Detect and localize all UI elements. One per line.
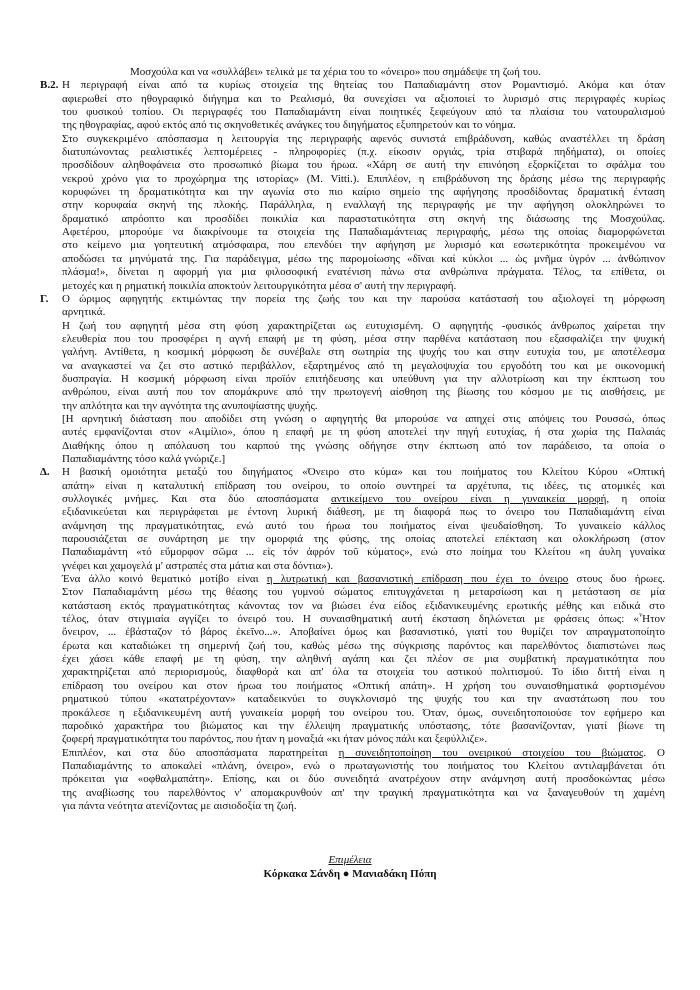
text-line: έρωτα και καταδιώκει τη σημερινή ζωή του… (62, 640, 665, 653)
text-line: ζοφερή πραγματικότητα του παρόντος, που … (62, 733, 665, 746)
text-line: νεκρού χρόνο για το προχώρημα της ιστορί… (62, 173, 665, 186)
section-2: Γ.Ο ώριμος αφηγητής εκτιμώντας την πορεί… (40, 293, 665, 466)
text-line: Παπαδιαμάντης το αποκαλεί «πλάνη, όνειρο… (62, 760, 665, 773)
text-line: Η ζωή του αφηγητή μέσα στη φύση χαρακτηρ… (62, 320, 665, 333)
credits-names: Κόρκακα Σάνδη ● Μανιαδάκη Πόπη (0, 867, 700, 881)
text-line: του φυσικού τοπίου. Οι περιγραφές του Πα… (62, 106, 665, 119)
section-1: Β.2.Η περιγραφή είναι από τα κυρίως στοι… (40, 79, 665, 293)
text-line: διατυπώνοντας ρεαλιστικές λεπτομέρειες -… (62, 146, 665, 159)
document-body: Μοσχούλα και να «συλλάβει» τελικά με τα … (40, 66, 665, 813)
text-line: αυτές εμφανίζονται στον «Αιμίλιο», όπου … (62, 426, 665, 439)
text-line: Ένα άλλο κοινό θεματικό μοτίβο είναι η λ… (62, 573, 665, 586)
text-line: αποδώσει τα μηνύματά της. Για παράδειγμα… (62, 253, 665, 266)
text-line: πρόκειται για «οφθαλμαπάτη». Επίσης, και… (62, 773, 665, 786)
text-line: για πάντα νεότητα ατενίζοντας με αισιοδο… (62, 800, 665, 813)
text-line: την απλότητα και την αγνότητα της ανυποψ… (62, 400, 665, 413)
text-line: στην κορυφαία σκηνή της πλοκής. Παράλληλ… (62, 199, 665, 212)
text-line: αρνητικά. (62, 306, 665, 319)
text-line: ανθρώπου, είναι αυτή που τον απομάκρυνε … (62, 386, 665, 399)
text-line: πλάσμα!», δίνεται η αφορμή για μια φιλοσ… (62, 266, 665, 279)
text-line: γαλήνη. Αντίθετα, η κοσμική μόρφωση δε σ… (62, 346, 665, 359)
section-label: Γ. (40, 293, 48, 306)
text-line: εξιδανικεύεται και περιγράφεται με έντον… (62, 506, 665, 519)
text-line: προσδίδουν αληθοφάνεια στο προσωπικό βίω… (62, 159, 665, 172)
text-line: Επιπλέον, και στα δύο αποσπάσματα παρατη… (62, 747, 665, 760)
text-line: παροδικό χαρακτήρα του βιώματος και την … (62, 720, 665, 733)
sections: Β.2.Η περιγραφή είναι από τα κυρίως στοι… (40, 79, 665, 813)
text-line: Στο συγκεκριμένο απόσπασμα η λειτουργία … (62, 133, 665, 146)
text-line: Η βασική ομοιότητα μεταξύ του διηγήματος… (62, 466, 665, 479)
text-line: απάτη» είναι η καταλυτική επίδραση του ο… (62, 480, 665, 493)
text-line: ανάμνηση της πραγματικότητας, ενώ αυτό τ… (62, 520, 665, 533)
section-label: Β.2. (40, 79, 58, 92)
underlined-phrase: αντικείμενο του ονείρου είναι η γυναικεί… (331, 493, 606, 505)
text-line: γνέφει και χαμογελά μ' αστραπές στα μάτι… (62, 560, 665, 573)
text-line: δυσπραγία. Η κοσμική μόρφωση είναι προϊό… (62, 373, 665, 386)
text-line: της ηθογραφίας, αφού εκτός από τις σκηνο… (62, 119, 665, 132)
text-line: χαρακτηρίζεται από περιορισμούς, διαφθορ… (62, 666, 665, 679)
section-label: Δ. (40, 466, 50, 479)
text-line: ὄνειρον, ... ἐβάσταζον τό βάρος ἐκεῖνο..… (62, 626, 665, 639)
section-3: Δ.Η βασική ομοιότητα μεταξύ του διηγήματ… (40, 466, 665, 813)
text-line: δραματικό απρόοπτο και προσδίδει ποικιλί… (62, 213, 665, 226)
credits: Επιμέλεια Κόρκακα Σάνδη ● Μανιαδάκη Πόπη (0, 853, 700, 881)
text-line: τέλος, όταν στιγμιαία αγγίζει το όνειρό … (62, 613, 665, 626)
text-line: Διαθήκης όπου η απόλαυση του καρπού της … (62, 440, 665, 453)
credits-title: Επιμέλεια (0, 853, 700, 867)
text-line: Παπαδιαμάντης τόσο καλά γνώριζε.] (62, 453, 665, 466)
text-line: της αναβίωσης του παρελθόντος ν' απομακρ… (62, 787, 665, 800)
text-line: ελευθερία που του προσφέρει η αγνή επαφή… (62, 333, 665, 346)
intro-line: Μοσχούλα και να «συλλάβει» τελικά με τα … (40, 66, 665, 79)
underlined-phrase: η συνειδητοποίηση του ονειρικού στοιχείο… (339, 747, 644, 759)
text-line: Στον Παπαδιαμάντη μέσω της θέασης του γυ… (62, 586, 665, 599)
text-line: έχει χάσει κάθε επαφή με τη φύση, την αλ… (62, 653, 665, 666)
text-line: κορυφώνει τη δραματικότητα και την αγωνί… (62, 186, 665, 199)
document-page: Μοσχούλα και να «συλλάβει» τελικά με τα … (0, 0, 700, 990)
text-line: Αφετέρου, μπορούμε να διακρίνουμε τα στο… (62, 226, 665, 239)
text-line: [Η αρνητική διάσταση που αποδίδει στη γν… (62, 413, 665, 426)
text-line: ρηματικού τύπου «κατατρέχονταν» καταδεικ… (62, 693, 665, 706)
text-line: Η περιγραφή είναι από τα κυρίως στοιχεία… (62, 79, 665, 92)
text-line: συλλογικές μνήμες. Και στα δύο αποσπάσμα… (62, 493, 665, 506)
underlined-phrase: η λυτρωτική και βασανιστική επίδραση που… (267, 573, 569, 585)
text-line: παρουσιάζεται σε συνάρτηση με την ομορφι… (62, 533, 665, 546)
text-line: Παπαδιαμάντη «τό εὔμορφον σῶμα ... εἰς τ… (62, 546, 665, 559)
text-line: κατάσταση εκτός πραγματικότητας κάνοντας… (62, 600, 665, 613)
text-line: στο κείμενο μια γοητευτική ατμόσφαιρα, π… (62, 239, 665, 252)
text-line: μετοχές και η ρηματική ποικιλία αποκτούν… (62, 280, 665, 293)
text-line: αφιερωθεί στο ηθογραφικό διήγημα και το … (62, 93, 665, 106)
text-line: να αναγκαστεί να ζει στο αστικό περιβάλλ… (62, 360, 665, 373)
text-line: Ο ώριμος αφηγητής εκτιμώντας την πορεία … (62, 293, 665, 306)
text-line: επίδραση του ονείρου και στον ήρωα του π… (62, 680, 665, 693)
text-line: προκάλεσε η εξιδανικευμένη αυτή γυναικεί… (62, 707, 665, 720)
